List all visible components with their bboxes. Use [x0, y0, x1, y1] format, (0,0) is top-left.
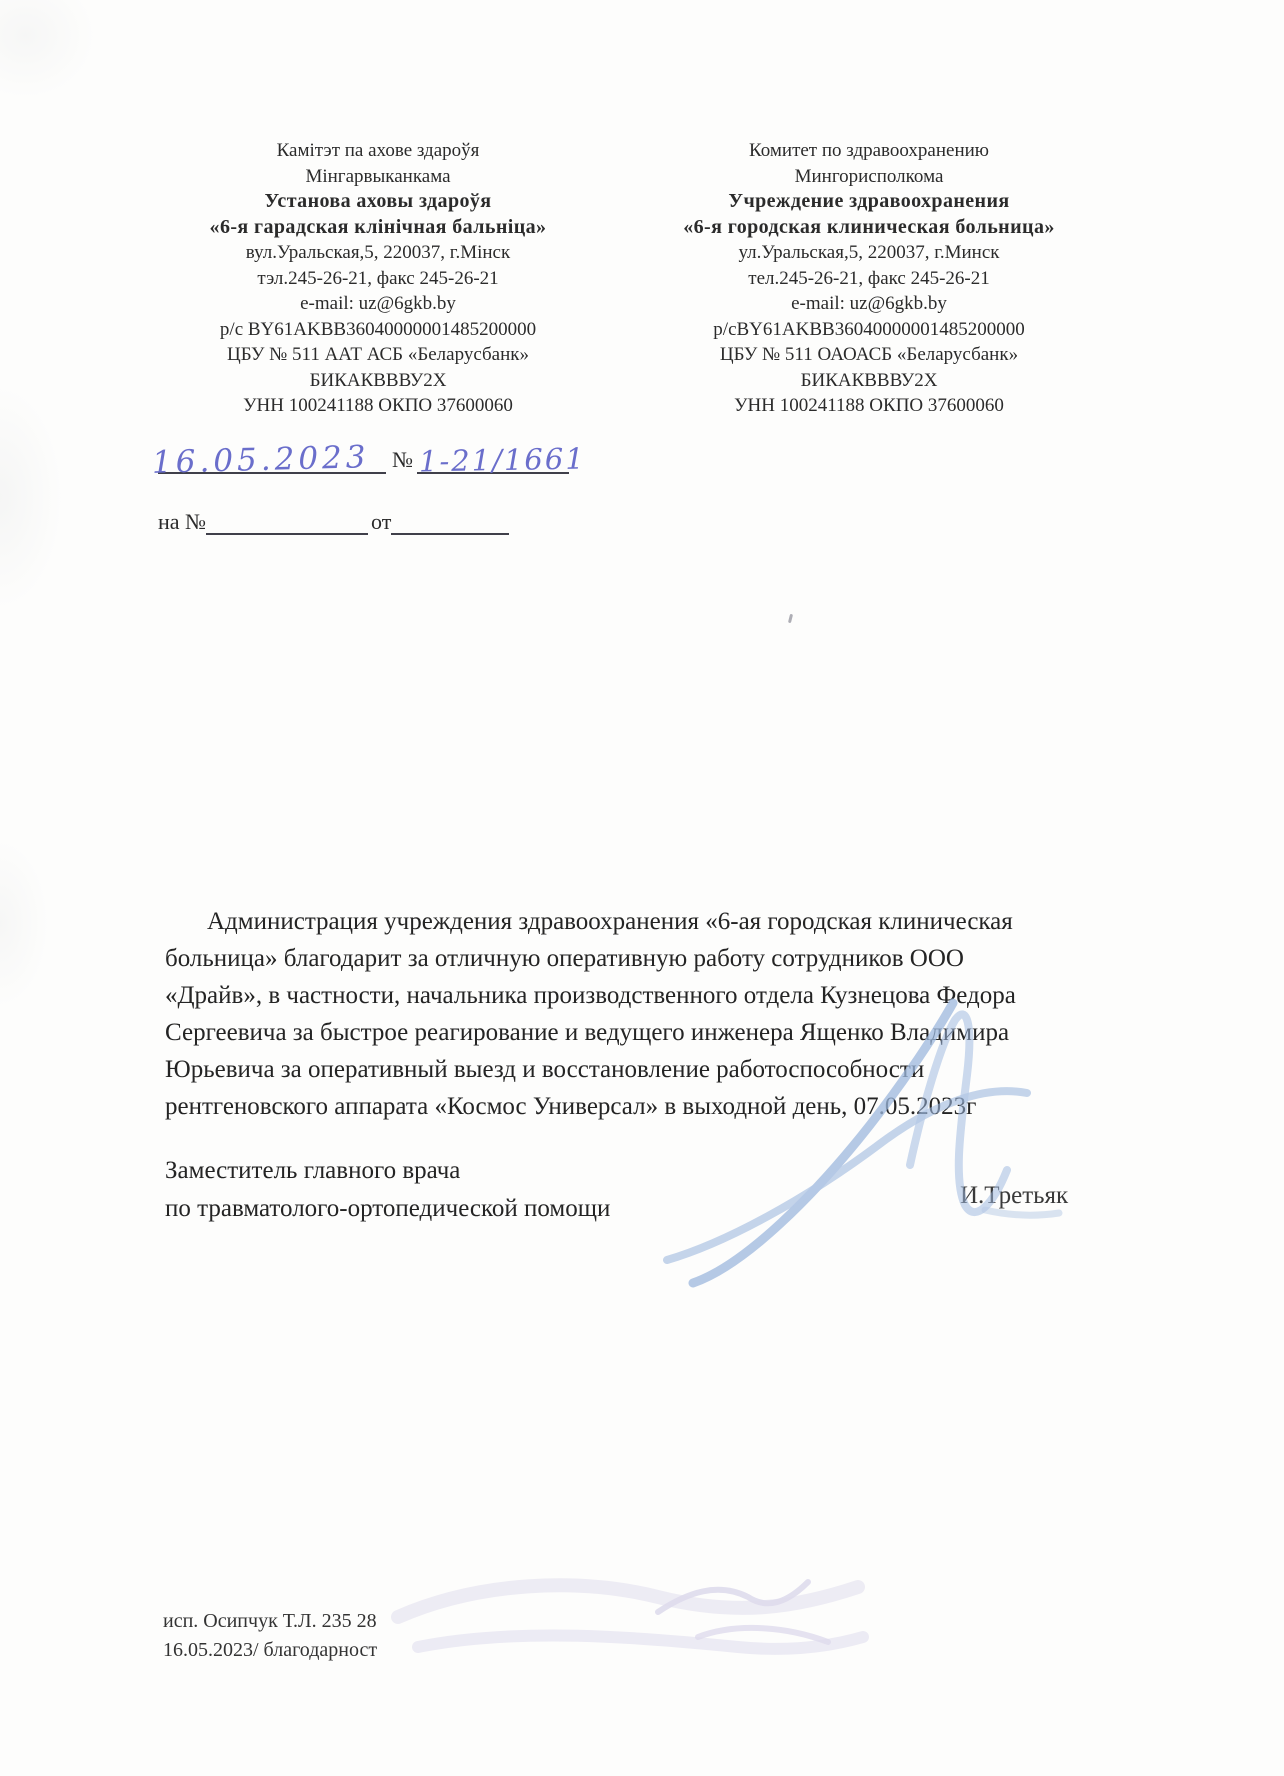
number-sign: №: [392, 447, 413, 474]
handwritten-date: 16.05.2023: [152, 439, 370, 481]
ot-underline: [391, 505, 509, 535]
reference-line: 16.05.2023 № 1-21/1661: [158, 436, 569, 474]
letterhead-left-bic: БИКАКВВВУ2Х: [132, 368, 624, 394]
letterhead-left-phone: тэл.245-26-21, факс 245-26-21: [132, 266, 624, 292]
letterhead-right-org-name: Учреждение здравоохранения: [636, 189, 1102, 215]
letterhead-right-address: ул.Уральская,5, 220037, г.Минск: [636, 240, 1102, 266]
signature-title: Заместитель главного врача по травматоло…: [165, 1152, 610, 1228]
signature-title-line-1: Заместитель главного врача: [165, 1152, 610, 1190]
footer: исп. Осипчук Т.Л. 235 28 16.05.2023/ бла…: [163, 1607, 377, 1665]
letterhead-right-org-name: «6-я городская клиническая больница»: [636, 215, 1102, 241]
ot-label: от: [371, 509, 391, 535]
incoming-reference-line: на № от: [158, 505, 509, 535]
scanned-letter-page: Камітэт па ахове здароўя Мінгарвыканкама…: [0, 0, 1284, 1776]
signature-title-line-2: по травматолого-ортопедической помощи: [165, 1190, 610, 1228]
letterhead-right-column: Комитет по здравоохранению Мингорисполко…: [636, 138, 1102, 419]
letterhead-right-unn: УНН 100241188 ОКПО 37600060: [636, 393, 1102, 419]
date-underline: 16.05.2023: [158, 436, 386, 474]
letterhead-right-line: Комитет по здравоохранению: [636, 138, 1102, 164]
na-number-underline: [206, 505, 368, 535]
executor-line: исп. Осипчук Т.Л. 235 28: [163, 1607, 377, 1636]
letterhead-left-bank: ЦБУ № 511 ААТ АСБ «Беларусбанк»: [132, 342, 624, 368]
na-number-label: на №: [158, 509, 206, 535]
handwritten-signature: [655, 965, 1085, 1295]
letterhead-right-phone: тел.245-26-21, факс 245-26-21: [636, 266, 1102, 292]
letterhead-left-org-name: «6-я гарадская клінічная бальніца»: [132, 215, 624, 241]
handwritten-number: 1-21/1661: [419, 442, 586, 479]
scan-speck: [788, 614, 793, 623]
letterhead-left-column: Камітэт па ахове здароўя Мінгарвыканкама…: [132, 138, 624, 419]
footer-date-line: 16.05.2023/ благодарност: [163, 1636, 377, 1665]
letterhead-left-address: вул.Уральская,5, 220037, г.Мінск: [132, 240, 624, 266]
letterhead-left-account: р/с BY61AKBB36040000001485200000: [132, 317, 624, 343]
letterhead-left-line: Мінгарвыканкама: [132, 164, 624, 190]
letterhead-left-email: e-mail: uz@6gkb.by: [132, 291, 624, 317]
letterhead-left-line: Камітэт па ахове здароўя: [132, 138, 624, 164]
number-underline: 1-21/1661: [417, 436, 569, 474]
letterhead-left-unn: УНН 100241188 ОКПО 37600060: [132, 393, 624, 419]
letterhead-left-org-name: Установа аховы здароўя: [132, 189, 624, 215]
letterhead-right-line: Мингорисполкома: [636, 164, 1102, 190]
footer-scribble: [358, 1552, 878, 1682]
letterhead-right-bank: ЦБУ № 511 ОАОАСБ «Беларусбанк»: [636, 342, 1102, 368]
letterhead-right-bic: БИКАКВВВУ2Х: [636, 368, 1102, 394]
letterhead-right-email: e-mail: uz@6gkb.by: [636, 291, 1102, 317]
letterhead-right-account: р/сBY61AKBB36040000001485200000: [636, 317, 1102, 343]
